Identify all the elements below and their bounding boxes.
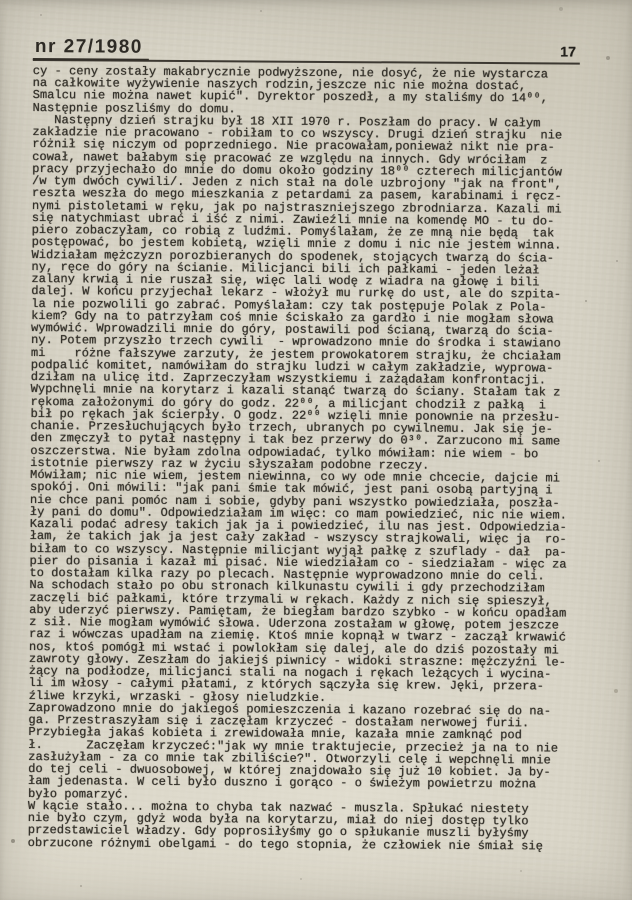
page-header: nr 27/1980 17 [33, 34, 580, 65]
scanned-page: nr 27/1980 17 cy - ceny zostały makabryc… [0, 0, 632, 900]
page-number: 17 [556, 43, 580, 60]
issue-number: nr 27/1980 [33, 37, 149, 61]
page-content: nr 27/1980 17 cy - ceny zostały makabryc… [28, 34, 602, 853]
typewritten-body-text: cy - ceny zostały makabrycznie podwyższo… [28, 65, 602, 853]
